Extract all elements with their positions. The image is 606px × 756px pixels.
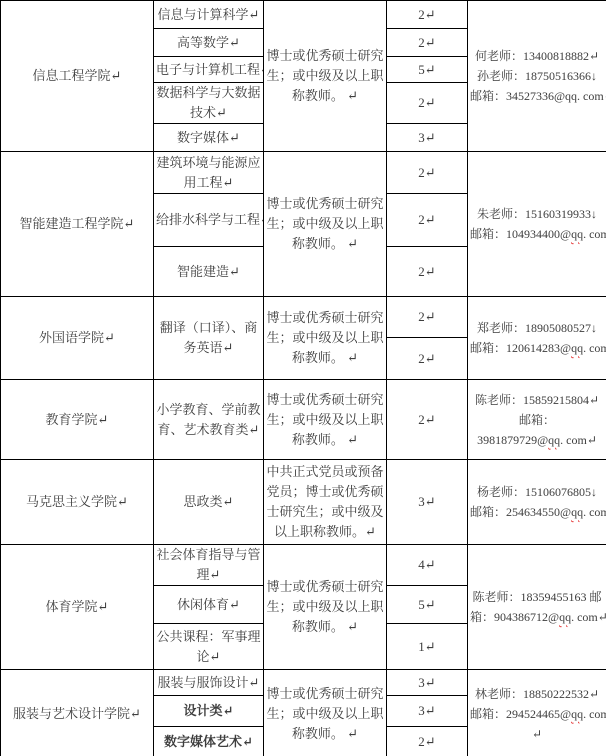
count-cell: 3↵ xyxy=(387,124,468,152)
contact-cell: 杨老师：15106076805↓邮箱：254634550@qq. com↵ xyxy=(468,460,606,545)
count-cell: 2↵ xyxy=(387,29,468,57)
recruitment-table: 信息工程学院↵ 信息与计算科学↵ 博士或优秀硕士研究生；或中级及以上职称教师。 … xyxy=(0,0,606,756)
major-cell: 社会体育指导与管理↵ xyxy=(154,545,264,586)
requirement-cell: 博士或优秀硕士研究生；或中级及以上职称教师。 ↵ xyxy=(264,545,387,670)
major-cell: 智能建造↵ xyxy=(154,247,264,297)
count-cell: 3↵ xyxy=(387,460,468,545)
count-cell: 2↵ xyxy=(387,297,468,338)
major-cell: 公共课程：军事理论↵ xyxy=(154,624,264,670)
count-cell: 5↵ xyxy=(387,57,468,83)
contact-cell: 郑老师：18905080527↓邮箱：120614283@qq. com↵ xyxy=(468,297,606,380)
major-cell: 给排水科学与工程↵ xyxy=(154,194,264,247)
count-cell: 2↵ xyxy=(387,83,468,124)
count-cell: 1↵ xyxy=(387,624,468,670)
requirement-cell: 博士或优秀硕士研究生；或中级及以上职称教师。 ↵ xyxy=(264,1,387,152)
college-cell: 体育学院↵ xyxy=(1,545,154,670)
count-cell: 2↵ xyxy=(387,194,468,247)
major-cell: 数据科学与大数据技术↵ xyxy=(154,83,264,124)
major-cell: 服装与服饰设计↵ xyxy=(154,670,264,696)
requirement-cell: 博士或优秀硕士研究生；或中级及以上职称教师。 ↵ xyxy=(264,297,387,380)
requirement-cell: 博士或优秀硕士研究生；或中级及以上职称教师。 ↵ xyxy=(264,380,387,460)
contact-cell: 陈老师：18359455163 邮箱：904386712@qq. com↵ xyxy=(468,545,606,670)
major-cell: 翻译（口译）、商务英语↵ xyxy=(154,297,264,380)
college-cell: 外国语学院↵ xyxy=(1,297,154,380)
major-cell: 思政类↵ xyxy=(154,460,264,545)
major-cell: 数字媒体↵ xyxy=(154,124,264,152)
major-cell: 建筑环境与能源应用工程↵ xyxy=(154,152,264,194)
count-cell: 2↵ xyxy=(387,152,468,194)
major-cell: 设计类↵ xyxy=(154,696,264,727)
major-cell: 高等数学↵ xyxy=(154,29,264,57)
count-cell: 2↵ xyxy=(387,727,468,756)
count-cell: 5↵ xyxy=(387,586,468,624)
major-cell: 休闲体育↵ xyxy=(154,586,264,624)
college-cell: 信息工程学院↵ xyxy=(1,1,154,152)
contact-cell: 何老师：13400818882↵孙老师：18750516366↓邮箱：34527… xyxy=(468,1,606,152)
college-cell: 教育学院↵ xyxy=(1,380,154,460)
requirement-cell: 中共正式党员或预备党员；博士或优秀硕士研究生；或中级及以上职称教师。↵ xyxy=(264,460,387,545)
major-cell: 数字媒体艺术↵ xyxy=(154,727,264,756)
contact-cell: 朱老师：15160319933↓邮箱：104934400@qq. com↵ xyxy=(468,152,606,297)
count-cell: 2↵ xyxy=(387,1,468,29)
college-cell: 服装与艺术设计学院↵ xyxy=(1,670,154,756)
count-cell: 2↵ xyxy=(387,380,468,460)
college-cell: 马克思主义学院↵ xyxy=(1,460,154,545)
count-cell: 3↵ xyxy=(387,670,468,696)
count-cell: 4↵ xyxy=(387,545,468,586)
contact-cell: 陈老师：15859215804↵邮箱：3981879729@qq. com↵ xyxy=(468,380,606,460)
count-cell: 2↵ xyxy=(387,338,468,380)
requirement-cell: 博士或优秀硕士研究生；或中级及以上职称教师。 ↵ xyxy=(264,152,387,297)
count-cell: 2↵ xyxy=(387,247,468,297)
count-cell: 3↵ xyxy=(387,696,468,727)
major-cell: 电子与计算机工程↵ xyxy=(154,57,264,83)
major-cell: 信息与计算科学↵ xyxy=(154,1,264,29)
requirement-cell: 博士或优秀硕士研究生；或中级及以上职称教师。 ↵ xyxy=(264,670,387,756)
contact-cell: 林老师：18850222532↵邮箱：294524465@qq. com↵↵ xyxy=(468,670,606,756)
major-cell: 小学教育、学前教育、艺术教育类↵ xyxy=(154,380,264,460)
college-cell: 智能建造工程学院↵ xyxy=(1,152,154,297)
